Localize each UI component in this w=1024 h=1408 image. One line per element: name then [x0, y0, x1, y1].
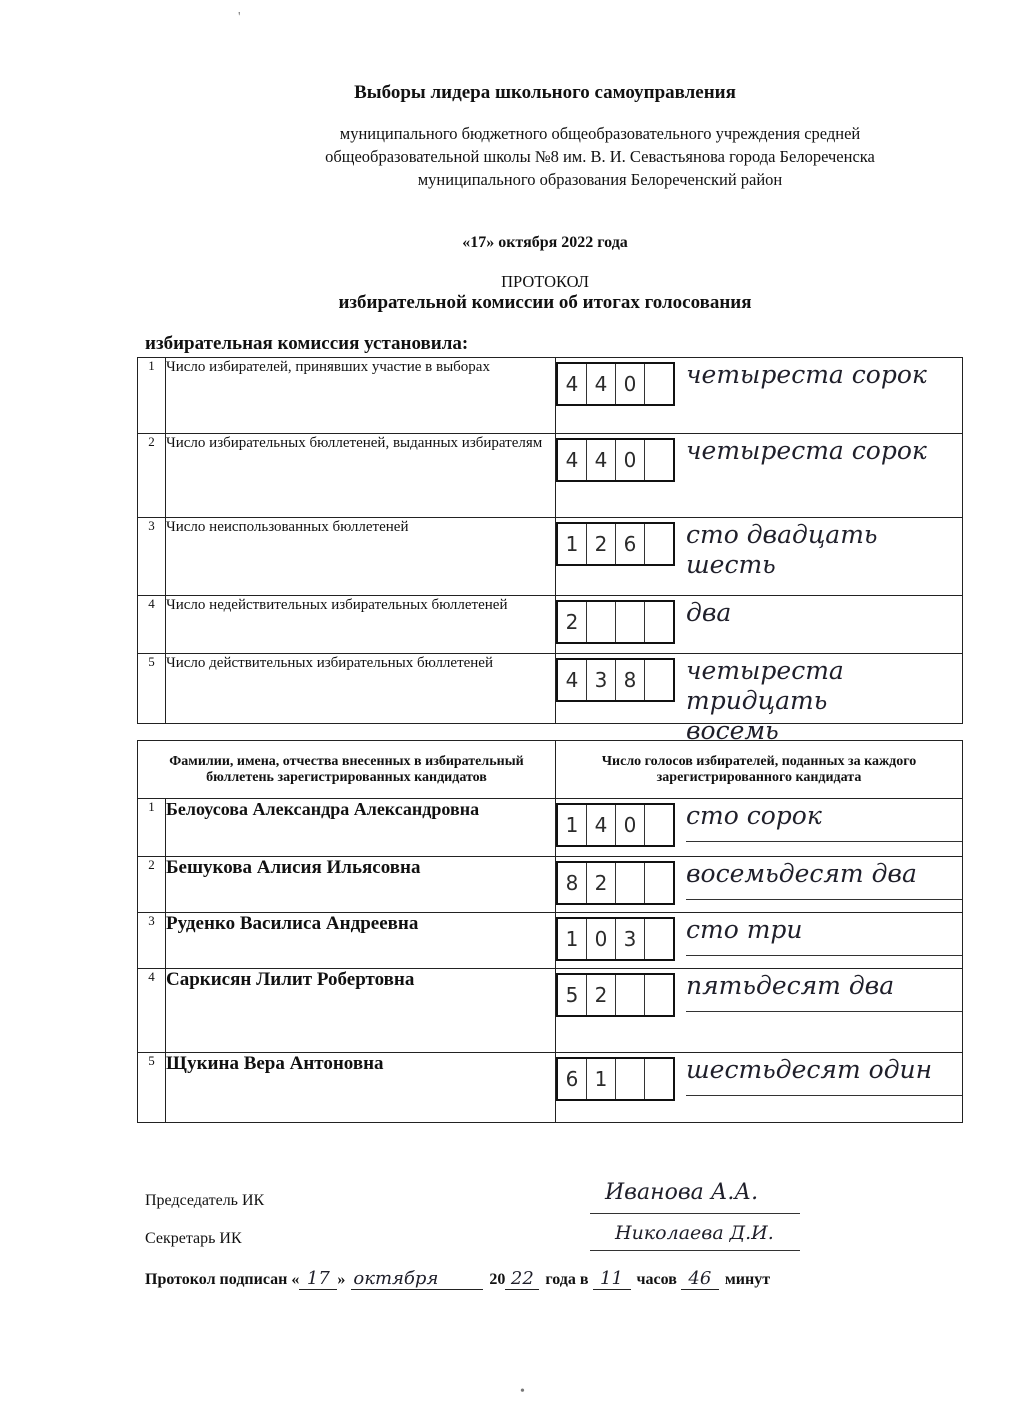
candidate-number: 1	[138, 799, 166, 857]
digit-box: 8	[616, 660, 645, 700]
digit-box	[616, 1059, 645, 1099]
candidate-votes: 52пятьдесят два	[556, 969, 963, 1053]
words-underline	[686, 899, 962, 900]
digit-box: 0	[616, 440, 645, 480]
words-underline	[686, 841, 962, 842]
digit-box: 2	[558, 602, 587, 642]
result-row: 3Число неиспользованных бюллетеней126сто…	[138, 518, 963, 596]
candidate-row: 4Саркисян Лилит Робертовна52пятьдесят дв…	[138, 969, 963, 1053]
digit-box	[645, 660, 673, 700]
secretary-signature: Николаева Д.И.	[615, 1222, 774, 1244]
signed-hours-text: часов	[637, 1271, 677, 1289]
results-table: 1Число избирателей, принявших участие в …	[137, 357, 963, 724]
digit-box	[645, 919, 673, 959]
candidates-table: Фамилии, имена, отчества внесенных в изб…	[137, 740, 963, 1123]
votes-in-words: сто три	[686, 915, 803, 945]
digit-boxes: 82	[556, 861, 675, 905]
candidate-votes: 61шестьдесят один	[556, 1053, 963, 1123]
digit-box	[645, 805, 673, 845]
digit-box: 3	[587, 660, 616, 700]
row-number: 4	[138, 596, 166, 654]
signed-minutes-text: минут	[725, 1271, 770, 1289]
words-underline	[686, 1095, 962, 1096]
digit-box: 6	[558, 1059, 587, 1099]
digit-box	[616, 863, 645, 903]
candidate-votes: 82восемьдесят два	[556, 857, 963, 913]
signed-day: 17	[299, 1268, 337, 1290]
digit-box: 4	[587, 805, 616, 845]
candidate-row: 5Щукина Вера Антоновна61шестьдесят один	[138, 1053, 963, 1123]
value-in-words: четыреста сорок	[686, 360, 927, 390]
signed-month: октября	[351, 1268, 483, 1290]
candidate-name: Белоусова Александра Александровна	[166, 799, 556, 857]
digit-box: 4	[558, 440, 587, 480]
signed-prefix: Протокол подписан «	[145, 1271, 299, 1289]
signed-hours: 11	[593, 1268, 631, 1290]
protocol-subtitle: избирательной комиссии об итогах голосов…	[0, 292, 1024, 314]
digit-box: 2	[587, 975, 616, 1015]
digit-boxes: 440	[556, 362, 675, 406]
digit-box	[645, 863, 673, 903]
row-value: 2два	[556, 596, 963, 654]
chair-signature-line	[590, 1213, 800, 1214]
digit-box	[616, 975, 645, 1015]
candidate-number: 4	[138, 969, 166, 1053]
words-underline	[686, 1011, 962, 1012]
digit-boxes: 438	[556, 658, 675, 702]
digit-box: 0	[616, 364, 645, 404]
secretary-label: Секретарь ИК	[145, 1230, 242, 1248]
row-label: Число избирательных бюллетеней, выданных…	[166, 434, 556, 518]
protocol-heading: ПРОТОКОЛ	[0, 272, 1024, 292]
scan-dot: •	[520, 1384, 525, 1400]
header-vote-counts: Число голосов избирателей, поданных за к…	[556, 741, 963, 799]
row-number: 5	[138, 654, 166, 724]
signed-quote-close: »	[337, 1271, 345, 1289]
votes-in-words: восемьдесят два	[686, 859, 917, 889]
digit-boxes: 52	[556, 973, 675, 1017]
words-underline	[686, 955, 962, 956]
row-label: Число избирателей, принявших участие в в…	[166, 358, 556, 434]
digit-box	[645, 975, 673, 1015]
votes-in-words: пятьдесят два	[686, 971, 894, 1001]
school-name: муниципального бюджетного общеобразовате…	[150, 122, 1024, 191]
chair-signature: Иванова А.А.	[605, 1180, 758, 1205]
school-line-2: общеобразовательной школы №8 им. В. И. С…	[150, 145, 1024, 168]
digit-box: 1	[587, 1059, 616, 1099]
digit-box	[645, 602, 673, 642]
row-value: 440четыреста сорок	[556, 434, 963, 518]
value-in-words: четыреста тридцать восемь	[686, 656, 962, 746]
value-in-words: два	[686, 598, 731, 628]
document-title: Выборы лидера школьного самоуправления	[0, 82, 1024, 104]
digit-boxes: 140	[556, 803, 675, 847]
value-in-words: четыреста сорок	[686, 436, 927, 466]
digit-boxes: 126	[556, 522, 675, 566]
secretary-signature-line	[590, 1250, 800, 1251]
row-number: 1	[138, 358, 166, 434]
digit-box: 1	[558, 524, 587, 564]
digit-box: 3	[616, 919, 645, 959]
protocol-signed-line: Протокол подписан « 17 » октября 20 22 г…	[145, 1268, 770, 1290]
digit-box: 5	[558, 975, 587, 1015]
row-number: 2	[138, 434, 166, 518]
row-label: Число недействительных избирательных бюл…	[166, 596, 556, 654]
value-in-words: сто двадцать шесть	[686, 520, 878, 580]
signed-year-prefix: 20	[489, 1271, 505, 1289]
candidate-name: Саркисян Лилит Робертовна	[166, 969, 556, 1053]
school-line-1: муниципального бюджетного общеобразовате…	[150, 122, 1024, 145]
digit-boxes: 103	[556, 917, 675, 961]
candidate-name: Бешукова Алисия Ильясовна	[166, 857, 556, 913]
row-label: Число неиспользованных бюллетеней	[166, 518, 556, 596]
signed-minutes: 46	[681, 1268, 719, 1290]
candidate-votes: 140сто сорок	[556, 799, 963, 857]
digit-box: 4	[558, 364, 587, 404]
digit-box: 0	[616, 805, 645, 845]
digit-box	[645, 364, 673, 404]
digit-box	[645, 524, 673, 564]
digit-box: 4	[587, 364, 616, 404]
digit-boxes: 61	[556, 1057, 675, 1101]
candidate-row: 1Белоусова Александра Александровна140ст…	[138, 799, 963, 857]
election-date: «17» октября 2022 года	[0, 234, 1024, 252]
digit-box: 2	[587, 524, 616, 564]
digit-box: 6	[616, 524, 645, 564]
commission-established: избирательная комиссия установила:	[145, 333, 468, 355]
digit-box: 0	[587, 919, 616, 959]
candidate-row: 2Бешукова Алисия Ильясовна82восемьдесят …	[138, 857, 963, 913]
digit-box	[645, 1059, 673, 1099]
digit-box: 4	[558, 660, 587, 700]
result-row: 1Число избирателей, принявших участие в …	[138, 358, 963, 434]
signed-year-text: года в	[545, 1271, 588, 1289]
candidate-number: 5	[138, 1053, 166, 1123]
digit-box	[587, 602, 616, 642]
candidate-row: 3Руденко Василиса Андреевна103сто три	[138, 913, 963, 969]
signed-year-suffix: 22	[505, 1268, 539, 1290]
votes-in-words: шестьдесят один	[686, 1055, 932, 1085]
candidate-name: Руденко Василиса Андреевна	[166, 913, 556, 969]
digit-box: 1	[558, 805, 587, 845]
header-candidate-names: Фамилии, имена, отчества внесенных в изб…	[138, 741, 556, 799]
candidate-name: Щукина Вера Антоновна	[166, 1053, 556, 1123]
digit-box: 1	[558, 919, 587, 959]
scan-mark: '	[238, 10, 241, 26]
result-row: 2Число избирательных бюллетеней, выданны…	[138, 434, 963, 518]
digit-boxes: 2	[556, 600, 675, 644]
chair-label: Председатель ИК	[145, 1192, 264, 1210]
row-label: Число действительных избирательных бюлле…	[166, 654, 556, 724]
digit-boxes: 440	[556, 438, 675, 482]
digit-box: 4	[587, 440, 616, 480]
digit-box: 8	[558, 863, 587, 903]
candidate-votes: 103сто три	[556, 913, 963, 969]
votes-in-words: сто сорок	[686, 801, 822, 831]
digit-box: 2	[587, 863, 616, 903]
row-value: 440четыреста сорок	[556, 358, 963, 434]
digit-box	[645, 440, 673, 480]
candidate-number: 3	[138, 913, 166, 969]
school-line-3: муниципального образования Белореченский…	[150, 168, 1024, 191]
row-value: 126сто двадцать шесть	[556, 518, 963, 596]
digit-box	[616, 602, 645, 642]
candidate-number: 2	[138, 857, 166, 913]
row-number: 3	[138, 518, 166, 596]
result-row: 4Число недействительных избирательных бю…	[138, 596, 963, 654]
row-value: 438четыреста тридцать восемь	[556, 654, 963, 724]
result-row: 5Число действительных избирательных бюлл…	[138, 654, 963, 724]
